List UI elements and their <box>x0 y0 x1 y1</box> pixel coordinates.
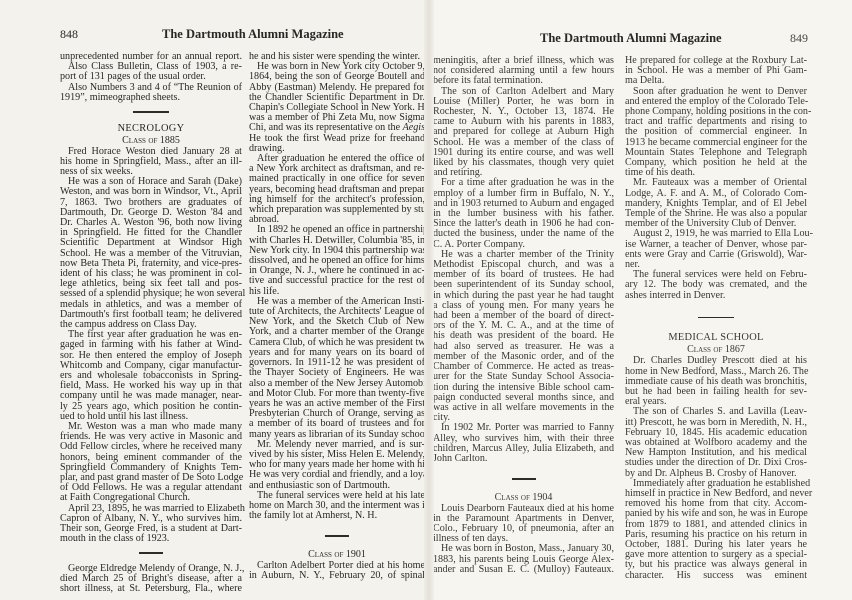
obituary-divider <box>139 552 163 554</box>
text-line: in Auburn, N. Y., February 20, of spinal <box>249 571 425 581</box>
obituary-weston: Fred Horace Weston died January 28 athis… <box>60 147 242 545</box>
text-line: He was very cordial and friendly, and a … <box>249 470 425 480</box>
text-line: urer for the State Sunday School Associa… <box>433 372 614 382</box>
class-title-1867: Class of 1867 <box>625 344 807 355</box>
left-page: 848 The Dartmouth Alumni Magazine unprec… <box>0 0 428 600</box>
section-divider <box>325 535 349 537</box>
running-head-left: 848 The Dartmouth Alumni Magazine <box>60 27 390 47</box>
text-line: 1919”, mimeographed sheets. <box>60 93 242 103</box>
text-line: In 1902 Mr. Porter was married to Fanny <box>433 423 614 433</box>
text-line: Weston, and was born in Windsor, Vt., Ap… <box>60 187 242 197</box>
book-gutter <box>424 0 434 600</box>
text-line: ashes interred in Denver. <box>625 291 807 301</box>
right-column-2: He prepared for college at the Roxbury L… <box>625 56 807 581</box>
text-line: character. His success was eminent <box>625 571 807 581</box>
page-number: 849 <box>790 31 808 46</box>
section-title-necrology: NECROLOGY <box>60 123 242 134</box>
running-head-right: The Dartmouth Alumni Magazine 849 <box>438 31 808 51</box>
class-title-1885: Class of 1885 <box>60 135 242 146</box>
class-title-1901: Class of 1901 <box>249 549 425 560</box>
text-line: the family lot at Amherst, N. H. <box>249 511 425 521</box>
right-page: The Dartmouth Alumni Magazine 849 mening… <box>428 0 852 600</box>
obituary-fauteaux: Louis Dearborn Fauteaux died at his home… <box>433 504 614 575</box>
obituary-prescott: Dr. Charles Dudley Prescott died at hish… <box>625 356 807 580</box>
magazine-spread: 848 The Dartmouth Alumni Magazine unprec… <box>0 0 852 600</box>
section-divider <box>698 317 734 319</box>
left-column-2: he and his sister were spending the wint… <box>249 52 425 581</box>
text-line: mouth in the class of 1923. <box>60 534 242 544</box>
right-column-1: meningitis, after a brief illness, which… <box>433 56 614 575</box>
obituary-porter-start: Carlton Adelbert Porter died at his home… <box>249 561 425 581</box>
obituary-porter-cont: meningitis, after a brief illness, which… <box>433 56 614 464</box>
obituary-melendy-start: George Eldredge Melendy of Orange, N. J.… <box>60 564 242 595</box>
magazine-title: The Dartmouth Alumni Magazine <box>540 31 722 46</box>
section-divider <box>512 478 536 480</box>
section-title-medical-school: MEDICAL SCHOOL <box>625 332 807 343</box>
section-divider <box>133 111 169 113</box>
text-line: short illness, at St. Petersburg, Fla., … <box>60 584 242 594</box>
left-column-1: unprecedented number for an annual repor… <box>60 52 242 595</box>
text-line: the Thayer Society of Engineers. He was <box>249 368 425 378</box>
page-number: 848 <box>60 27 78 42</box>
text-line: a member of its board of trustees and fo… <box>249 419 425 429</box>
magazine-title: The Dartmouth Alumni Magazine <box>162 27 344 42</box>
text-line: was active in all welfare movements in t… <box>433 403 614 413</box>
text-line: John Carlton. <box>433 454 614 464</box>
text-line: ents were Gray and Carrie (Griswold), Wa… <box>625 250 807 260</box>
intro-paragraphs: unprecedented number for an annual repor… <box>60 52 242 103</box>
obituary-melendy-cont: he and his sister were spending the wint… <box>249 52 425 521</box>
class-title-1904: Class of 1904 <box>433 492 614 503</box>
text-line: ander and Susan E. C. (Mulloy) Fauteaux. <box>433 565 614 575</box>
obituary-fauteaux-cont: He prepared for college at the Roxbury L… <box>625 56 807 301</box>
